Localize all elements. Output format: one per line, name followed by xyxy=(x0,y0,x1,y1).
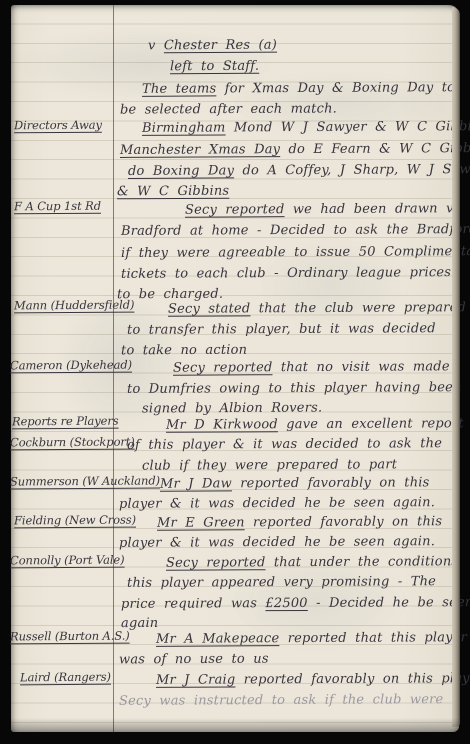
underlined-phrase: Mr J Daw xyxy=(160,476,232,491)
underlined-phrase: Mr D Kirkwood xyxy=(166,417,278,433)
phrase: reported that this player xyxy=(279,630,467,646)
margin-heading: Russell (Burton A.S.) xyxy=(10,629,130,644)
gutter-shadow xyxy=(11,718,459,732)
handwriting-line: signed by Albion Rovers. xyxy=(142,401,322,418)
phrase: reported favorably on this xyxy=(232,475,430,491)
handwriting-line: Bradford at home - Decided to ask the Br… xyxy=(121,222,470,240)
phrase: v xyxy=(148,38,164,53)
phrase: that the club were prepared xyxy=(250,300,466,316)
phrase: this player appeared very promising - Th… xyxy=(127,574,436,591)
margin-heading: Cameron (Dykehead) xyxy=(10,358,132,373)
page-edge xyxy=(452,7,460,727)
phrase: we had been drawn v xyxy=(284,201,453,217)
phrase: reported favorably on this xyxy=(245,514,443,530)
handwriting-line: price required was £2500 - Decided he be… xyxy=(121,595,470,613)
phrase: for Xmas Day & Boxing Day to xyxy=(216,80,455,96)
handwriting-line: & W C Gibbins xyxy=(117,184,229,201)
handwriting-line: do Boxing Day do A Coffey, J Sharp, W J … xyxy=(128,162,470,180)
handwriting-line: The teams for Xmas Day & Boxing Day to xyxy=(142,80,455,98)
margin-heading: Reports re Players xyxy=(12,414,119,429)
phrase: club if they were prepared to part xyxy=(142,457,397,473)
photo-background: Directors AwayF A Cup 1st RdMann (Hudder… xyxy=(0,0,470,744)
phrase: of this player & it was decided to ask t… xyxy=(127,436,442,453)
phrase: signed by Albion Rovers. xyxy=(142,401,322,417)
handwriting-line: Secy reported we had been drawn v xyxy=(185,201,454,218)
handwriting-line: Secy stated that the club were prepared xyxy=(168,300,466,318)
underlined-phrase: Mr J Craig xyxy=(156,672,235,687)
phrase: do A Coffey, J Sharp, W J Sawyer xyxy=(234,162,470,178)
handwriting-line: to take no action xyxy=(121,343,247,360)
handwriting-line: Manchester Xmas Day do E Fearn & W C Gib… xyxy=(120,141,470,159)
ledger-page: Directors AwayF A Cup 1st RdMann (Hudder… xyxy=(11,5,459,732)
phrase: that under the conditions xyxy=(265,554,458,570)
underlined-phrase: Mr E Green xyxy=(157,515,245,530)
handwriting-line: player & it was decided he be seen again… xyxy=(119,495,435,513)
margin-heading: Fielding (New Cross) xyxy=(14,513,136,528)
phrase: player & it was decided he be seen again… xyxy=(119,495,435,512)
handwriting-line: Birmingham Mond W J Sawyer & W C Gibbins xyxy=(142,119,470,137)
margin-heading: F A Cup 1st Rd xyxy=(14,199,101,214)
underlined-phrase: left to Staff. xyxy=(170,59,259,74)
handwriting-line: v Chester Res (a) xyxy=(148,38,277,55)
phrase: Secy was instructed to ask if the club w… xyxy=(119,692,444,709)
phrase: price required was xyxy=(121,596,265,612)
handwriting-line: Mr J Craig reported favorably on this pl… xyxy=(156,671,470,689)
phrase: to take no action xyxy=(121,343,247,359)
phrase: again xyxy=(121,616,158,631)
underlined-phrase: & W C Gibbins xyxy=(117,184,229,200)
phrase: that no visit was made xyxy=(272,359,449,375)
handwriting-line: Secy reported that under the conditions xyxy=(166,554,458,572)
phrase: if they were agreeable to issue 50 Compl… xyxy=(121,244,470,261)
handwriting-line: if they were agreeable to issue 50 Compl… xyxy=(121,244,470,262)
underlined-phrase: £2500 xyxy=(265,596,307,611)
underlined-phrase: Manchester Xmas Day xyxy=(120,142,280,158)
phrase: was of no use to us xyxy=(119,652,269,668)
handwriting-line: was of no use to us xyxy=(119,652,269,669)
margin-heading: Laird (Rangers) xyxy=(20,670,111,685)
handwriting-line: Mr D Kirkwood gave an excellent report xyxy=(166,416,464,434)
handwriting-line: Secy was instructed to ask if the club w… xyxy=(119,692,444,710)
margin-heading: Connolly (Port Vale) xyxy=(10,553,125,568)
underlined-phrase: Secy stated xyxy=(168,301,251,316)
phrase: tickets to each club - Ordinary league p… xyxy=(121,265,451,282)
underlined-phrase: Chester Res (a) xyxy=(164,38,277,54)
handwriting-line: Mr A Makepeace reported that this player xyxy=(156,630,467,648)
handwriting-line: Mr J Daw reported favorably on this xyxy=(160,475,430,492)
handwriting-line: club if they were prepared to part xyxy=(142,457,397,474)
handwriting-line: tickets to each club - Ordinary league p… xyxy=(121,265,451,283)
underlined-phrase: The teams xyxy=(142,81,216,96)
handwriting-line: Mr E Green reported favorably on this xyxy=(157,514,442,531)
phrase: Mond W J Sawyer & W C Gibbins xyxy=(226,119,470,135)
phrase: - Decided he be seen xyxy=(308,595,470,611)
phrase: to Dumfries owing to this player having … xyxy=(127,380,462,397)
phrase: Bradford at home - Decided to ask the Br… xyxy=(121,222,470,239)
underlined-phrase: Mr A Makepeace xyxy=(156,631,279,647)
margin-heading: Summerson (W Auckland) xyxy=(10,473,160,488)
phrase: do E Fearn & W C Gibbins xyxy=(280,141,470,157)
underlined-phrase: Secy reported xyxy=(173,360,273,376)
phrase: reported favorably on this player xyxy=(235,671,470,687)
underlined-phrase: Birmingham xyxy=(142,120,226,135)
margin-heading: Directors Away xyxy=(14,118,102,133)
handwriting-line: left to Staff. xyxy=(170,59,259,75)
handwriting-line: this player appeared very promising - Th… xyxy=(127,574,436,592)
phrase: to be charged. xyxy=(117,287,223,303)
underlined-phrase: Secy reported xyxy=(166,555,266,571)
phrase: player & it was decided he be seen again… xyxy=(119,534,435,551)
phrase: to transfer this player, but it was deci… xyxy=(127,321,436,338)
phrase: be selected after each match. xyxy=(120,101,337,117)
handwriting-line: to Dumfries owing to this player having … xyxy=(127,380,462,398)
underlined-phrase: Secy reported xyxy=(185,202,285,218)
handwriting-line: be selected after each match. xyxy=(120,101,337,118)
underlined-phrase: do Boxing Day xyxy=(128,163,234,179)
phrase: gave an excellent report xyxy=(278,416,464,432)
handwriting-line: to transfer this player, but it was deci… xyxy=(127,321,436,339)
margin-heading: Cockburn (Stockport) xyxy=(10,435,135,450)
handwriting-line: of this player & it was decided to ask t… xyxy=(127,436,442,454)
handwriting-line: Secy reported that no visit was made xyxy=(173,359,450,376)
handwriting-line: player & it was decided he be seen again… xyxy=(119,534,435,552)
handwriting-line: again xyxy=(121,616,158,632)
